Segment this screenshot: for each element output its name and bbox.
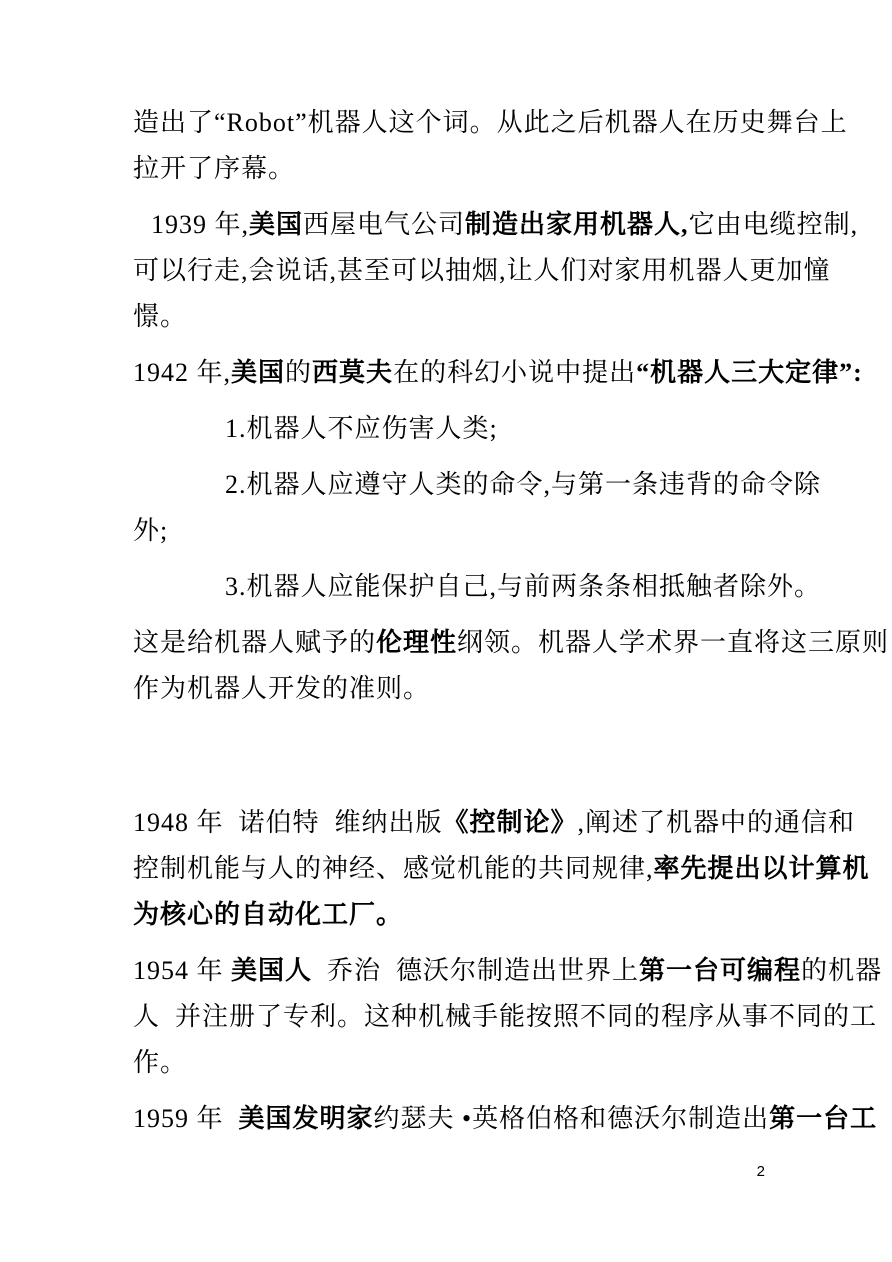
text-run: 美国人	[231, 956, 312, 985]
text-run: 约瑟夫 •英格伯格和德沃尔制造出	[374, 1104, 770, 1133]
text-run: 的机器	[801, 956, 882, 985]
text-run: 1.机器人不应伤害人类;	[225, 414, 498, 443]
text-run: 第一台工	[769, 1104, 877, 1133]
text-run: 作。	[133, 1048, 187, 1077]
text-run: 《控制论》	[443, 808, 578, 837]
text-run: 1959 年	[133, 1104, 239, 1133]
text-run: 1954 年	[133, 956, 231, 985]
text-run: 美国发明家	[239, 1104, 374, 1133]
text-line: 1942 年,美国的西莫夫在的科幻小说中提出“机器人三大定律”:	[133, 350, 767, 396]
text-run: 第一台可编程	[639, 956, 801, 985]
text-content: 造出了“Robot”机器人这个词。从此之后机器人在历史舞台上拉开了序幕。1939…	[133, 100, 767, 1152]
paragraph: 造出了“Robot”机器人这个词。从此之后机器人在历史舞台上拉开了序幕。	[133, 100, 767, 192]
text-run: “机器人三大定律”:	[636, 358, 863, 387]
text-line: 1954 年 美国人 乔治 德沃尔制造出世界上第一台可编程的机器	[133, 948, 767, 994]
text-run: 美国	[249, 210, 303, 239]
text-line: 人 并注册了专利。这种机械手能按照不同的程序从事不同的工	[133, 994, 767, 1040]
paragraph: 1959 年 美国发明家约瑟夫 •英格伯格和德沃尔制造出第一台工	[133, 1096, 767, 1142]
paragraph: 这是给机器人赋予的伦理性纲领。机器人学术界一直将这三原则作为机器人开发的准则。	[133, 620, 767, 712]
text-run: 人 并注册了专利。这种机械手能按照不同的程序从事不同的工	[133, 1002, 877, 1031]
paragraph: 1954 年 美国人 乔治 德沃尔制造出世界上第一台可编程的机器人 并注册了专利…	[133, 948, 767, 1086]
text-run: 制造出家用机器人,	[465, 210, 689, 239]
text-run: 乔治 德沃尔制造出世界上	[312, 956, 639, 985]
page-number: 2	[133, 1162, 765, 1182]
text-line: 3.机器人应能保护自己,与前两条条相抵触者除外。	[133, 564, 767, 610]
text-line: 控制机能与人的神经、感觉机能的共同规律,率先提出以计算机	[133, 846, 767, 892]
document-page: 造出了“Robot”机器人这个词。从此之后机器人在历史舞台上拉开了序幕。1939…	[0, 0, 892, 1262]
paragraph: 2.机器人应遵守人类的命令,与第一条违背的命令除外;	[133, 462, 767, 554]
paragraph: 1.机器人不应伤害人类;	[133, 406, 767, 452]
text-run: 西莫夫	[312, 358, 393, 387]
text-line: 作为机器人开发的准则。	[133, 666, 767, 712]
text-run: 纲领。机器人学术界一直将这三原则	[457, 628, 889, 657]
text-line: 这是给机器人赋予的伦理性纲领。机器人学术界一直将这三原则	[133, 620, 767, 666]
text-run: 为核心的自动化工厂。	[133, 900, 403, 929]
text-run: 1939 年,	[151, 210, 249, 239]
text-line: 可以行走,会说话,甚至可以抽烟,让人们对家用机器人更加憧	[133, 248, 767, 294]
text-run: 可以行走,会说话,甚至可以抽烟,让人们对家用机器人更加憧	[133, 256, 831, 285]
paragraph: 1942 年,美国的西莫夫在的科幻小说中提出“机器人三大定律”:	[133, 350, 767, 396]
text-run: 控制机能与人的神经、感觉机能的共同规律,	[133, 854, 654, 883]
text-run: 在的科幻小说中提出	[393, 358, 636, 387]
text-run: ,阐述了机器中的通信和	[578, 808, 856, 837]
text-line: 1939 年,美国西屋电气公司制造出家用机器人,它由电缆控制,	[133, 202, 767, 248]
text-run: 拉开了序幕。	[133, 154, 295, 183]
text-run: 这是给机器人赋予的	[133, 628, 376, 657]
text-line: 1.机器人不应伤害人类;	[133, 406, 767, 452]
text-line: 1959 年 美国发明家约瑟夫 •英格伯格和德沃尔制造出第一台工	[133, 1096, 767, 1142]
text-line: 造出了“Robot”机器人这个词。从此之后机器人在历史舞台上	[133, 100, 767, 146]
text-line: 外;	[133, 508, 767, 554]
text-run: 3.机器人应能保护自己,与前两条条相抵触者除外。	[225, 572, 821, 601]
text-run: 美国	[231, 358, 285, 387]
text-line: 拉开了序幕。	[133, 146, 767, 192]
paragraph: 1939 年,美国西屋电气公司制造出家用机器人,它由电缆控制,可以行走,会说话,…	[133, 202, 767, 340]
text-run: 1942 年,	[133, 358, 231, 387]
text-run: 伦理性	[376, 628, 457, 657]
text-run: 憬。	[133, 302, 187, 331]
text-run: 它由电缆控制,	[689, 210, 859, 239]
text-run: 外;	[133, 516, 168, 545]
text-line: 1948 年 诺伯特 维纳出版《控制论》,阐述了机器中的通信和	[133, 800, 767, 846]
text-run: 西屋电气公司	[303, 210, 465, 239]
text-run: 率先提出以计算机	[654, 854, 870, 883]
text-run: 的	[285, 358, 312, 387]
text-run: 2.机器人应遵守人类的命令,与第一条违背的命令除	[225, 470, 821, 499]
text-line: 为核心的自动化工厂。	[133, 892, 767, 938]
text-run: 作为机器人开发的准则。	[133, 674, 430, 703]
paragraph: 1948 年 诺伯特 维纳出版《控制论》,阐述了机器中的通信和控制机能与人的神经…	[133, 800, 767, 938]
text-run: 造出了“Robot”机器人这个词。从此之后机器人在历史舞台上	[133, 108, 848, 137]
text-line: 作。	[133, 1040, 767, 1086]
paragraph: 3.机器人应能保护自己,与前两条条相抵触者除外。	[133, 564, 767, 610]
text-line: 憬。	[133, 294, 767, 340]
paragraph-spacer	[133, 722, 767, 800]
text-line: 2.机器人应遵守人类的命令,与第一条违背的命令除	[133, 462, 767, 508]
text-run: 1948 年 诺伯特 维纳出版	[133, 808, 443, 837]
